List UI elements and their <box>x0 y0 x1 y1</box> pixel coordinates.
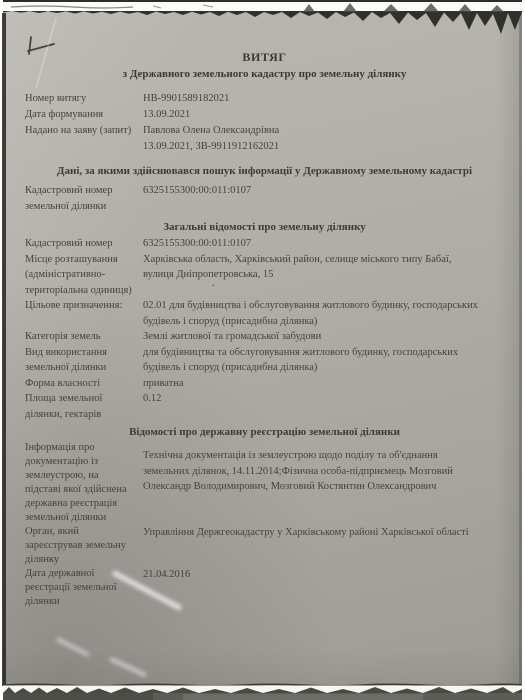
section-general-info: Кадастровий номер 6325155300:00:011:0107… <box>25 236 504 422</box>
row-documentation-info: Інформація про документацію із землеустр… <box>25 441 504 525</box>
field-value: 0.12 <box>143 391 161 407</box>
row-formation-date: Дата формування 13.09.2021 <box>25 107 504 123</box>
row-registration-date: Дата державної реєстрації земельної діля… <box>25 567 504 609</box>
field-label: Категорія земель <box>25 329 143 345</box>
field-value: Управління Держгеокадастру у Харківськом… <box>143 525 469 541</box>
field-value: 21.04.2016 <box>143 567 190 583</box>
field-label: Надано на заяву (запит) <box>25 123 143 139</box>
document-subtitle: з Державного земельного кадастру про зем… <box>25 67 504 81</box>
row-cadastral-number: Кадастровий номер 6325155300:00:011:0107 <box>25 236 504 252</box>
field-label: Цільове призначення: <box>25 298 143 314</box>
field-value: для будівництва та обслуговування житлов… <box>143 345 458 376</box>
field-label: Форма власності <box>25 376 143 392</box>
row-registration-authority: Орган, який зареєстрував земельну ділянк… <box>25 525 504 567</box>
section-search-data: Кадастровий номер земельної ділянки 6325… <box>25 183 504 214</box>
photo-shadow-edge-left <box>2 13 6 686</box>
field-value: приватна <box>143 376 184 392</box>
field-label: Дата формування <box>25 107 143 123</box>
field-value: Павлова Олена Олександрівна 13.09.2021, … <box>143 123 279 155</box>
field-label: Площа земельної ділянки, гектарів <box>25 391 143 422</box>
document-title: ВИТЯГ <box>25 50 504 65</box>
torn-paper-edge-bottom <box>3 682 522 700</box>
field-value: НВ-9901589182021 <box>143 91 229 107</box>
torn-paper-edge-top <box>3 0 522 40</box>
row-area: Площа земельної ділянки, гектарів 0.12 <box>25 391 504 422</box>
document-photo: ВИТЯГ з Державного земельного кадастру п… <box>0 0 525 700</box>
section-heading-general-info: Загальні відомості про земельну ділянку <box>25 220 504 234</box>
row-land-use: Вид використання земельної ділянки для б… <box>25 345 504 376</box>
row-extract-number: Номер витягу НВ-9901589182021 <box>25 91 504 107</box>
field-label: Вид використання земельної ділянки <box>25 345 143 376</box>
row-ownership-form: Форма власності приватна <box>25 376 504 392</box>
row-land-category: Категорія земель Землі житлової та грома… <box>25 329 504 345</box>
field-label: Інформація про документацію із землеустр… <box>25 441 143 525</box>
stray-period-mark: . <box>212 278 215 289</box>
row-request: Надано на заяву (запит) Павлова Олена Ол… <box>25 123 504 155</box>
row-designated-purpose: Цільове призначення: 02.01 для будівницт… <box>25 298 504 329</box>
field-label: Місце розташування (адміністративно- тер… <box>25 252 143 299</box>
field-label: Номер витягу <box>25 91 143 107</box>
field-value: Технічна документація із землеустрою щод… <box>143 441 453 495</box>
extract-document: ВИТЯГ з Державного земельного кадастру п… <box>3 2 522 697</box>
section-heading-search-data: Дані, за якими здійснювався пошук інформ… <box>25 164 504 178</box>
row-cadastral-number-search: Кадастровий номер земельної ділянки 6325… <box>25 183 504 214</box>
field-value: Землі житлової та громадської забудови <box>143 329 321 345</box>
field-value: 13.09.2021 <box>143 107 190 123</box>
field-label: Дата державної реєстрації земельної діля… <box>25 567 143 609</box>
field-value: 6325155300:00:011:0107 <box>143 183 251 199</box>
field-label: Кадастровий номер <box>25 236 143 252</box>
field-value: 02.01 для будівництва і обслуговування ж… <box>143 298 478 329</box>
section-heading-registration: Відомості про державну реєстрацію земель… <box>25 425 504 439</box>
field-value: 6325155300:00:011:0107 <box>143 236 251 252</box>
field-label: Кадастровий номер земельної ділянки <box>25 183 143 214</box>
field-value: Харківська область, Харківський район, с… <box>143 252 451 283</box>
intro-rows: Номер витягу НВ-9901589182021 Дата форму… <box>25 91 504 155</box>
section-registration: Інформація про документацію із землеустр… <box>25 441 504 609</box>
photo-shadow-edge-right <box>519 10 522 686</box>
paper: ВИТЯГ з Державного земельного кадастру п… <box>3 2 522 697</box>
row-location: Місце розташування (адміністративно- тер… <box>25 252 504 299</box>
field-label: Орган, який зареєстрував земельну ділянк… <box>25 525 143 567</box>
